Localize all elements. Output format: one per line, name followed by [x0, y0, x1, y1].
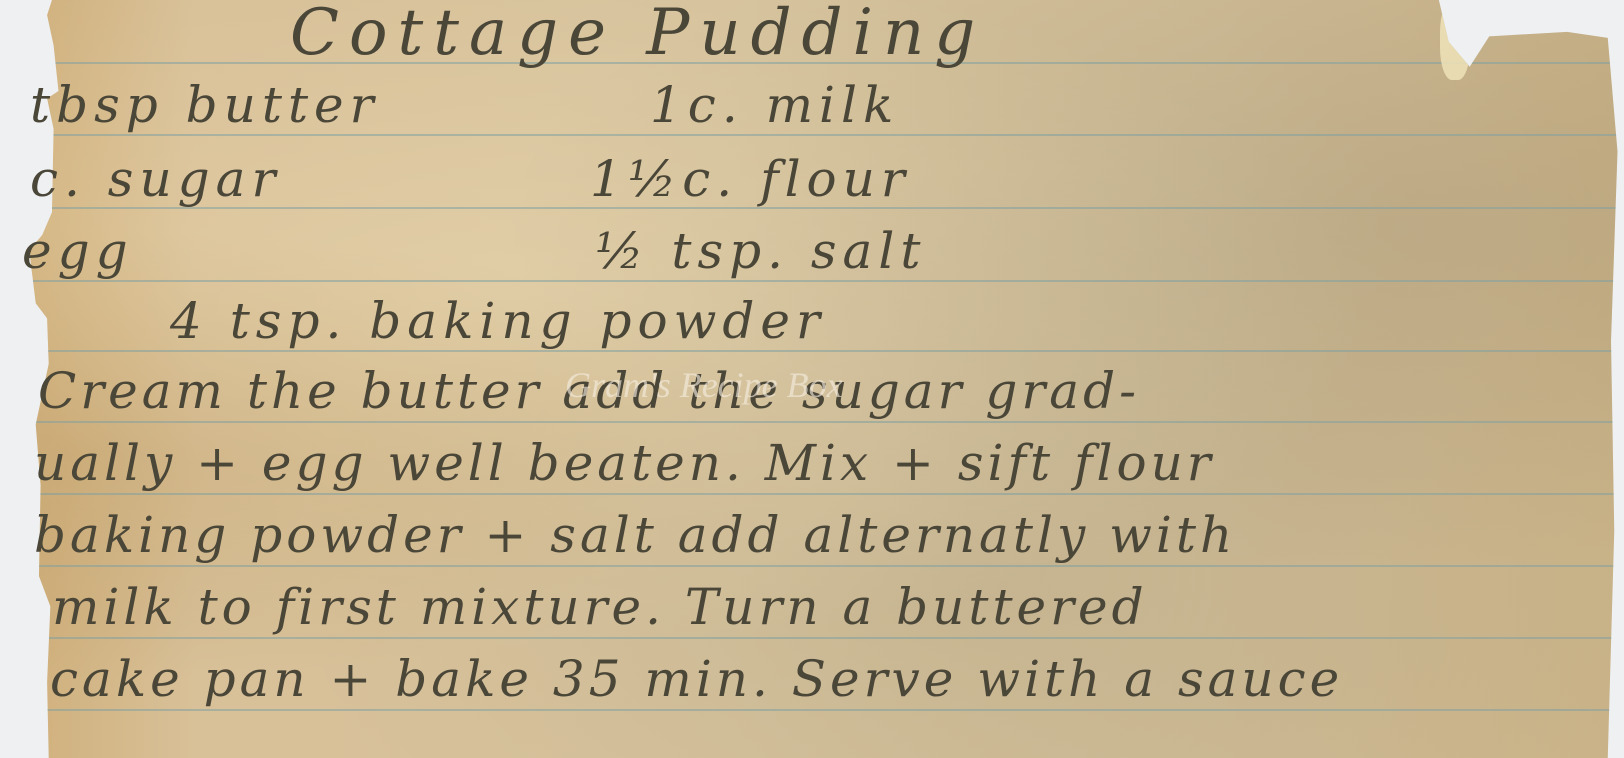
ruled-line	[0, 134, 1624, 136]
ingredient-egg: egg	[22, 222, 134, 280]
instruction-line: baking powder + salt add alternatly with	[34, 506, 1236, 564]
ingredient-sugar: c. sugar	[30, 150, 281, 208]
instruction-line: milk to first mixture. Turn a buttered	[52, 578, 1148, 636]
ruled-line	[0, 280, 1624, 282]
scanned-recipe-page: Cottage Pudding tbsp butter c. sugar egg…	[0, 0, 1624, 758]
ingredient-butter: tbsp butter	[30, 76, 380, 134]
paper-tear-mark	[1440, 0, 1470, 80]
ingredient-salt: ½ tsp. salt	[595, 222, 926, 280]
ingredient-baking-powder: 4 tsp. baking powder	[170, 292, 826, 350]
ingredient-flour: 1½c. flour	[590, 150, 911, 208]
ruled-line	[0, 637, 1624, 639]
instruction-line: ually + egg well beaten. Mix + sift flou…	[34, 434, 1215, 492]
ingredient-milk: 1c. milk	[650, 76, 899, 134]
ruled-line	[0, 421, 1624, 423]
instruction-line: cake pan + bake 35 min. Serve with a sau…	[50, 650, 1343, 708]
ruled-line	[0, 565, 1624, 567]
ruled-line	[0, 493, 1624, 495]
watermark-text: Gram's Recipe Box	[565, 364, 843, 406]
recipe-title: Cottage Pudding	[290, 0, 985, 70]
ruled-line	[0, 709, 1624, 711]
ruled-line	[0, 350, 1624, 352]
